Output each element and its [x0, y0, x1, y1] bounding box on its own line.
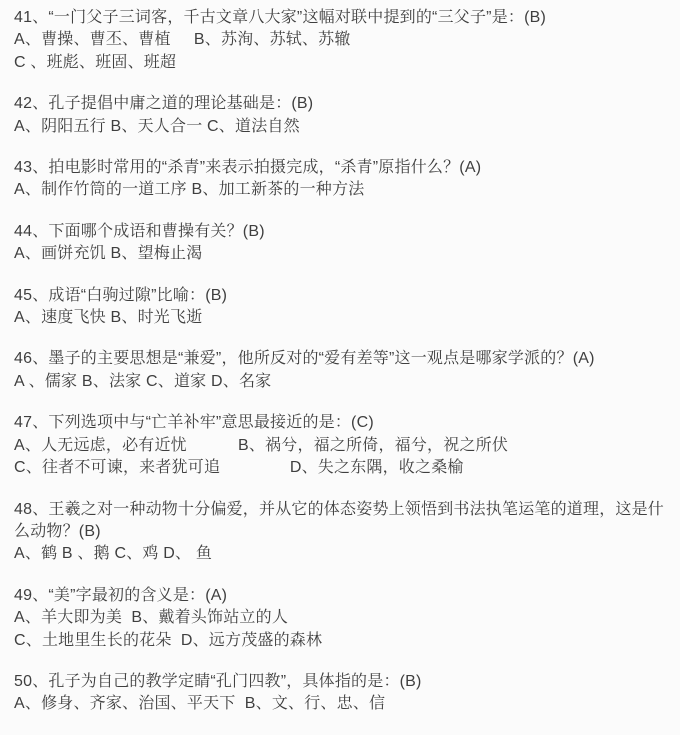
quiz-question-list: 41、“一门父子三词客，千古文章八大家”这幅对联中提到的“三父子”是：(B) A…	[0, 0, 680, 716]
question-block-48: 48、王羲之对一种动物十分偏爱，并从它的体态姿势上领悟到书法执笔运笔的道理，这是…	[14, 499, 672, 566]
question-text: 48、王羲之对一种动物十分偏爱，并从它的体态姿势上领悟到书法执笔运笔的道理，这是…	[14, 499, 672, 544]
question-block-49: 49、“美”字最初的含义是：(A) A、羊大即为美 B、戴着头饰站立的人 C、土…	[14, 585, 672, 652]
quiz-page: { "page": { "background_color": "#fbfbfb…	[0, 0, 680, 716]
question-text: 46、墨子的主要思想是“兼爱”，他所反对的“爱有差等”这一观点是哪家学派的？(A…	[14, 348, 672, 370]
question-text: 47、下列选项中与“亡羊补牢”意思最接近的是：(C)	[14, 412, 672, 434]
option-line: A 、儒家 B、法家 C、道家 D、名家	[14, 371, 672, 393]
option-line: A、画饼充饥 B、望梅止渴	[14, 243, 672, 265]
question-block-42: 42、孔子提倡中庸之道的理论基础是：(B) A、阴阳五行 B、天人合一 C、道法…	[14, 93, 672, 138]
question-text: 43、拍电影时常用的“杀青”来表示拍摄完成，“杀青”原指什么？(A)	[14, 157, 672, 179]
question-text: 41、“一门父子三词客，千古文章八大家”这幅对联中提到的“三父子”是：(B)	[14, 7, 672, 29]
option-line: C 、班彪、班固、班超	[14, 52, 672, 74]
option-line: C、往者不可谏，来者犹可追 D、失之东隅，收之桑榆	[14, 457, 672, 479]
question-block-45: 45、成语“白驹过隙”比喻：(B) A、速度飞快 B、时光飞逝	[14, 285, 672, 330]
question-block-50: 50、孔子为自己的教学定睛“孔门四教”，具体指的是：(B) A、修身、齐家、治国…	[14, 671, 672, 716]
option-line: A、曹操、曹丕、曹植 B、苏洵、苏轼、苏辙	[14, 29, 672, 51]
question-text: 42、孔子提倡中庸之道的理论基础是：(B)	[14, 93, 672, 115]
option-line: A、人无远虑，必有近忧 B、祸兮，福之所倚，福兮，祝之所伏	[14, 435, 672, 457]
question-block-47: 47、下列选项中与“亡羊补牢”意思最接近的是：(C) A、人无远虑，必有近忧 B…	[14, 412, 672, 479]
option-line: A、速度飞快 B、时光飞逝	[14, 307, 672, 329]
question-block-46: 46、墨子的主要思想是“兼爱”，他所反对的“爱有差等”这一观点是哪家学派的？(A…	[14, 348, 672, 393]
option-line: A、阴阳五行 B、天人合一 C、道法自然	[14, 116, 672, 138]
question-text: 45、成语“白驹过隙”比喻：(B)	[14, 285, 672, 307]
question-block-43: 43、拍电影时常用的“杀青”来表示拍摄完成，“杀青”原指什么？(A) A、制作竹…	[14, 157, 672, 202]
option-line: A、羊大即为美 B、戴着头饰站立的人	[14, 607, 672, 629]
option-line: A、制作竹筒的一道工序 B、加工新茶的一种方法	[14, 179, 672, 201]
option-line: A、修身、齐家、治国、平天下 B、文、行、忠、信	[14, 693, 672, 715]
option-line: C、土地里生长的花朵 D、远方茂盛的森林	[14, 630, 672, 652]
question-block-44: 44、下面哪个成语和曹操有关？(B) A、画饼充饥 B、望梅止渴	[14, 221, 672, 266]
question-block-41: 41、“一门父子三词客，千古文章八大家”这幅对联中提到的“三父子”是：(B) A…	[14, 7, 672, 74]
question-text: 50、孔子为自己的教学定睛“孔门四教”，具体指的是：(B)	[14, 671, 672, 693]
question-text: 49、“美”字最初的含义是：(A)	[14, 585, 672, 607]
option-line: A、鹤 B 、鹅 C、鸡 D、 鱼	[14, 543, 672, 565]
question-text: 44、下面哪个成语和曹操有关？(B)	[14, 221, 672, 243]
